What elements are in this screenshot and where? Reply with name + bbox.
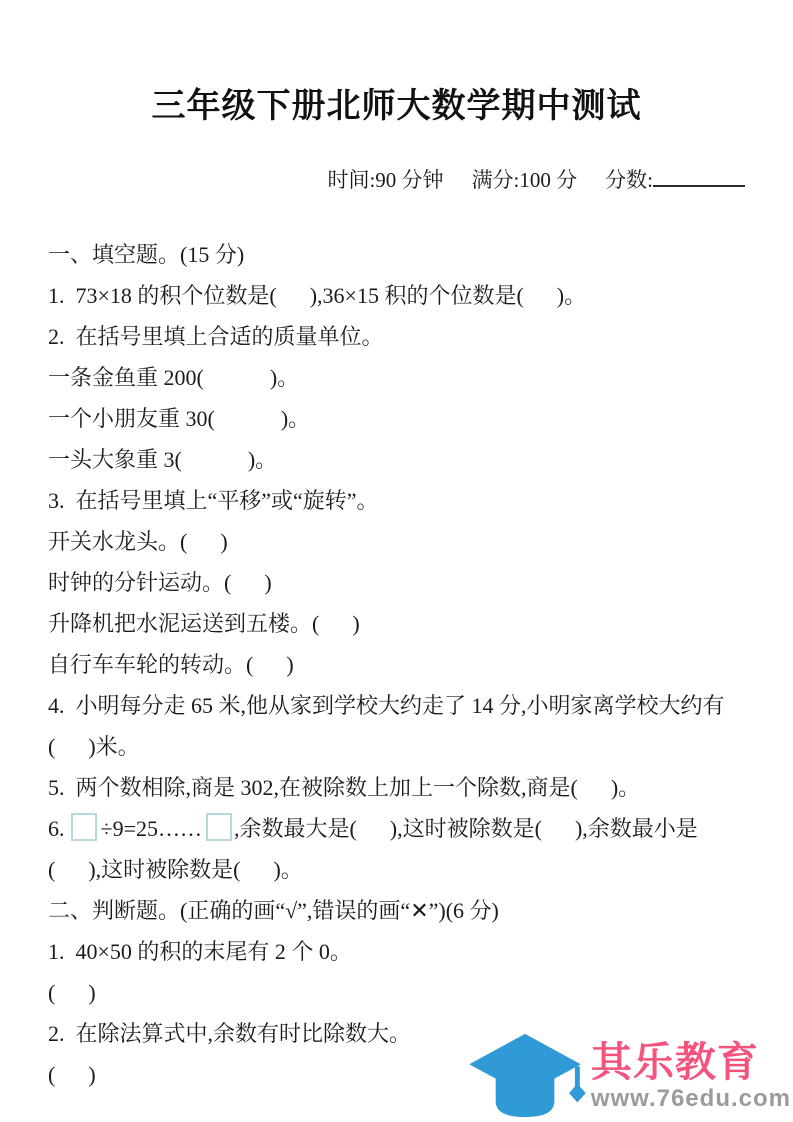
question-3-item-faucet: 开关水龙头。( ) <box>48 521 753 562</box>
brand-name: 其乐教育 <box>591 1039 759 1085</box>
brand-logo: 其乐教育 www.76edu.com <box>465 1030 791 1120</box>
question-4: 4. 小明每分走 65 米,他从家到学校大约走了 14 分,小明家离学校大约有 <box>48 685 753 726</box>
judge-question-1-answer-parens: ( ) <box>48 972 753 1013</box>
question-3-item-wheel: 自行车车轮的转动。( ) <box>48 644 753 685</box>
section-heading-true-false: 二、判断题。(正确的画“√”,错误的画“✕”)(6 分) <box>48 890 753 931</box>
question-2-item-child: 一个小朋友重 30( )。 <box>48 398 753 439</box>
question-1: 1. 73×18 的积个位数是( ),36×15 积的个位数是( )。 <box>48 275 753 316</box>
judge-question-1: 1. 40×50 的积的末尾有 2 个 0。 <box>48 931 753 972</box>
meta-score-label: 分数: <box>605 168 653 192</box>
question-4-continued: ( )米。 <box>48 726 753 767</box>
brand-url: www.76edu.com <box>591 1085 791 1112</box>
brand-text-block: 其乐教育 www.76edu.com <box>591 1039 791 1112</box>
meta-time: 时间:90 分钟 <box>327 168 443 192</box>
graduation-cap-icon <box>465 1030 587 1120</box>
meta-line: 时间:90 分钟满分:100 分分数: <box>48 130 745 230</box>
question-3-item-lift: 升降机把水泥运送到五楼。( ) <box>48 603 753 644</box>
question-6-equation: ÷9=25…… <box>101 816 202 841</box>
page-title: 三年级下册北师大数学期中测试 <box>48 84 745 128</box>
meta-full-score: 满分:100 分 <box>472 168 578 192</box>
question-2-item-goldfish: 一条金鱼重 200( )。 <box>48 357 753 398</box>
section-heading-fill-blanks: 一、填空题。(15 分) <box>48 234 753 275</box>
question-6-continued: ( ),这时被除数是( )。 <box>48 849 753 890</box>
question-6: 6.÷9=25……,余数最大是( ),这时被除数是( ),余数最小是 <box>48 808 753 849</box>
worksheet-body: 一、填空题。(15 分) 1. 73×18 的积个位数是( ),36×15 积的… <box>48 234 753 1095</box>
question-6-text: ,余数最大是( ),这时被除数是( ),余数最小是 <box>234 816 698 841</box>
question-5: 5. 两个数相除,商是 302,在被除数上加上一个除数,商是( )。 <box>48 767 753 808</box>
question-2-item-elephant: 一头大象重 3( )。 <box>48 439 753 480</box>
question-6-number: 6. <box>48 816 65 841</box>
blank-square-box-icon <box>206 813 232 841</box>
score-blank-underline <box>653 163 745 187</box>
question-2: 2. 在括号里填上合适的质量单位。 <box>48 316 753 357</box>
worksheet-page: 三年级下册北师大数学期中测试 时间:90 分钟满分:100 分分数: 一、填空题… <box>0 0 793 1122</box>
blank-square-box-icon <box>71 813 97 841</box>
question-3: 3. 在括号里填上“平移”或“旋转”。 <box>48 480 753 521</box>
question-3-item-clock: 时钟的分针运动。( ) <box>48 562 753 603</box>
